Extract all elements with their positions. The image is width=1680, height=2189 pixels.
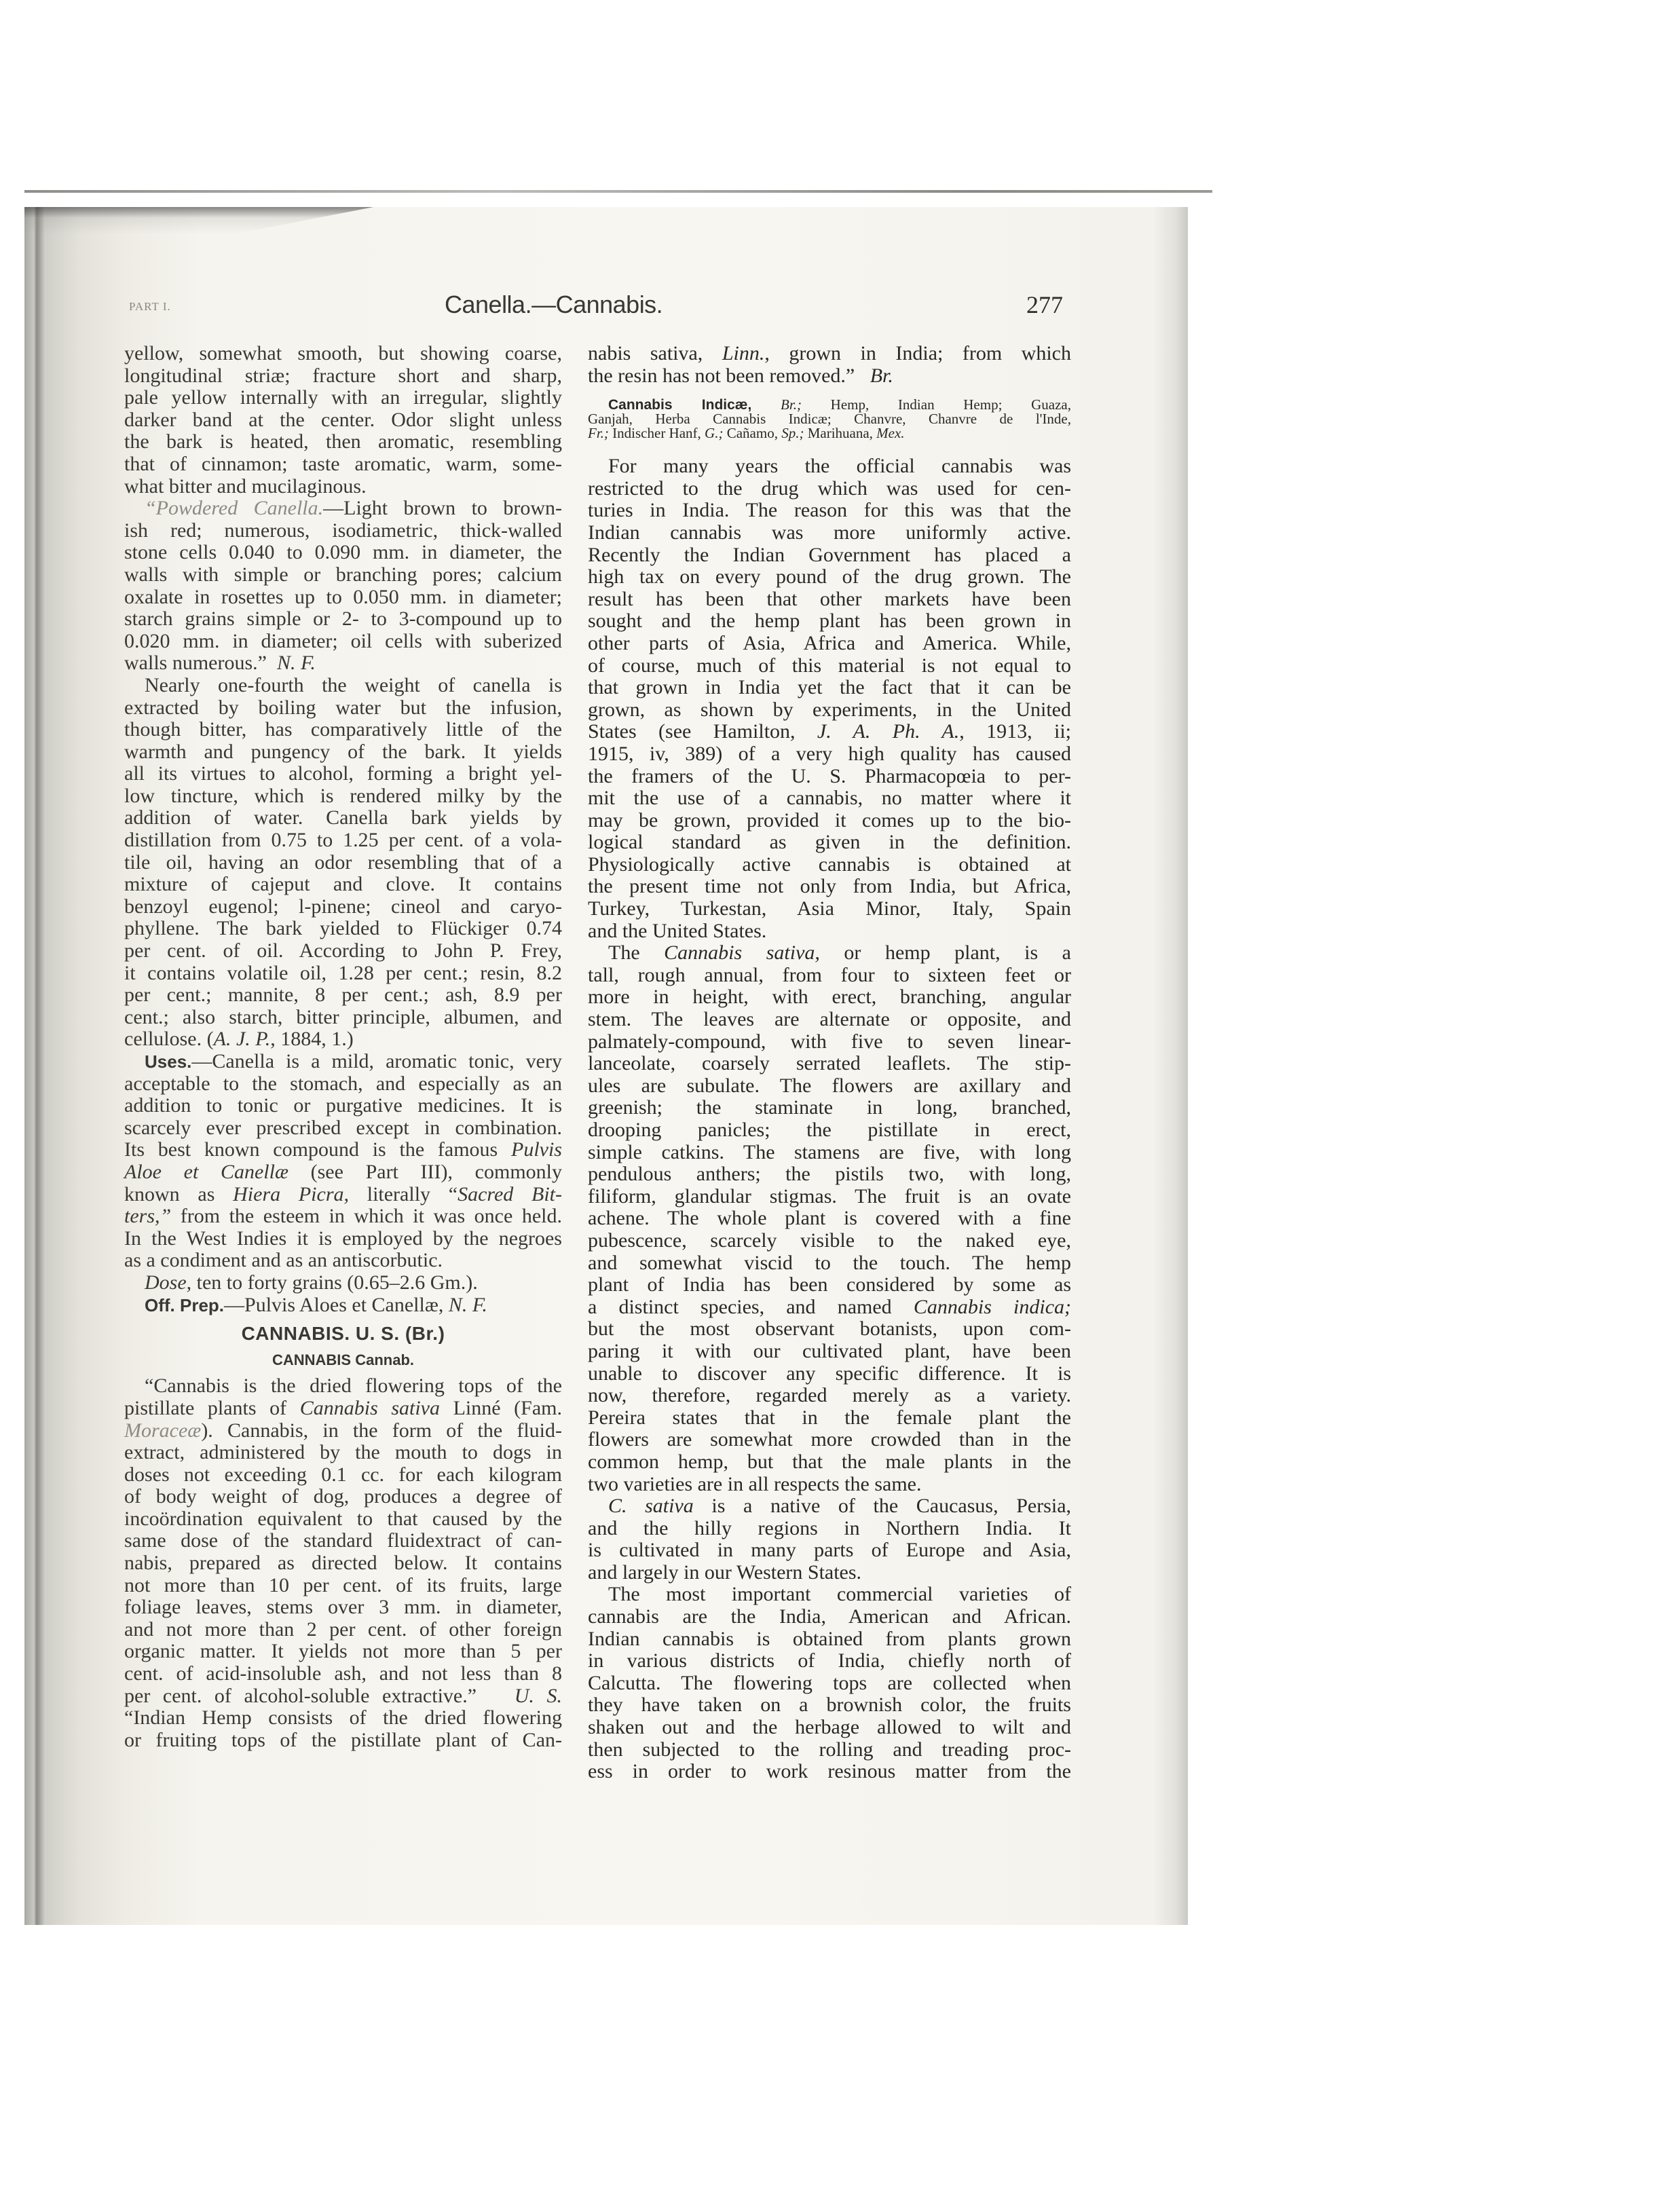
text-run: States (see Hamilton, <box>588 720 817 743</box>
text-line: mixture of cajeput and clove. It contain… <box>124 874 562 896</box>
italic-term: Sacred Bit- <box>458 1183 562 1205</box>
composition-paragraph: Nearly one-fourth the weight of canella … <box>124 675 562 1051</box>
text-line: In the West Indies it is employed by the… <box>124 1228 562 1250</box>
text-line: sought and the hemp plant has been grown… <box>588 610 1071 633</box>
text-line: Pereira states that in the female plant … <box>588 1407 1071 1429</box>
cannabis-heading: CANNABIS. U. S. (Br.) <box>124 1323 562 1345</box>
text-run: (see Part III), commonly <box>288 1161 562 1183</box>
text-line: is cultivated in many parts of Europe an… <box>588 1539 1071 1562</box>
italic-term: Aloe et Canellæ <box>124 1161 288 1183</box>
text-line: as a condiment and as an antiscorbutic. <box>124 1250 562 1272</box>
text-line: Recently the Indian Government has place… <box>588 544 1071 567</box>
text-line: cent. of acid-insoluble ash, and not les… <box>124 1663 562 1685</box>
text-line: of body weight of dog, produces a degree… <box>124 1486 562 1508</box>
text-line: “Indian Hemp consists of the dried flowe… <box>124 1707 562 1729</box>
text-line: paring it with our cultivated plant, hav… <box>588 1341 1071 1363</box>
text-line: The most important commercial varieties … <box>588 1584 1071 1606</box>
text-line: and somewhat viscid to the touch. The he… <box>588 1252 1071 1275</box>
source-citation: Br. <box>870 364 893 387</box>
text-run: known as <box>124 1183 233 1205</box>
text-line: or fruiting tops of the pistillate plant… <box>124 1729 562 1752</box>
commercial-varieties-paragraph: The most important commercial varieties … <box>588 1584 1071 1782</box>
text-line: pistillate plants of Cannabis sativa Lin… <box>124 1398 562 1420</box>
text-line: tall, rough annual, from four to sixteen… <box>588 965 1071 987</box>
text-line: Fr.; Indischer Hanf, G.; Cañamo, Sp.; Ma… <box>588 426 1071 441</box>
text-run: per cent. of alcohol-soluble extractive.… <box>124 1685 477 1707</box>
text-line: nabis, prepared as directed below. It co… <box>124 1552 562 1575</box>
text-line: per cent.; mannite, 8 per cent.; ash, 8.… <box>124 984 562 1007</box>
text-line: more in height, with erect, branching, a… <box>588 986 1071 1009</box>
source-citation: U. S. <box>515 1685 562 1707</box>
text-line: result has been that other markets have … <box>588 588 1071 611</box>
italic-term: G.; <box>705 425 723 441</box>
text-line: For many years the official cannabis was <box>588 455 1071 478</box>
text-line: 0.020 mm. in diameter; oil cells with su… <box>124 631 562 653</box>
text-run: a distinct species, and named <box>588 1296 914 1318</box>
italic-term: Hiera Picra, <box>233 1183 349 1205</box>
text-line: ters,” from the esteem in which it was o… <box>124 1205 562 1228</box>
text-line: though bitter, has comparatively little … <box>124 719 562 741</box>
text-line: achene. The whole plant is covered with … <box>588 1208 1071 1230</box>
text-line: not more than 10 per cent. of its fruits… <box>124 1575 562 1597</box>
text-line: that grown in India yet the fact that it… <box>588 677 1071 699</box>
text-line: 1915, iv, 389) of a very high quality ha… <box>588 743 1071 766</box>
text-line: may be grown, provided it comes up to th… <box>588 810 1071 832</box>
italic-term: Cannabis indica; <box>914 1296 1071 1318</box>
text-line: low tincture, which is rendered milky by… <box>124 785 562 808</box>
text-line: other parts of Asia, Africa and America.… <box>588 633 1071 655</box>
text-line: per cent. of oil. According to John P. F… <box>124 940 562 962</box>
text-line: darker band at the center. Odor slight u… <box>124 409 562 432</box>
text-run: pistillate plants of <box>124 1397 300 1419</box>
text-line: Nearly one-fourth the weight of canella … <box>124 675 562 697</box>
italic-term: Linn. <box>722 342 765 364</box>
text-run: is a native of the Caucasus, Persia, <box>694 1495 1071 1517</box>
text-run: , 1884, 1.) <box>270 1028 354 1050</box>
text-line: nabis sativa, Linn., grown in India; fro… <box>588 343 1071 365</box>
text-line: walls numerous.” N. F. <box>124 652 562 675</box>
off-prep-label: Off. Prep. <box>145 1295 224 1315</box>
text-run: , 1913, ii; <box>959 720 1071 743</box>
text-line: filiform, glandular stigmas. The fruit i… <box>588 1186 1071 1208</box>
cannabis-subheading: CANNABIS Cannab. <box>124 1349 562 1372</box>
text-line: all its virtues to alcohol, forming a br… <box>124 763 562 785</box>
text-run: , grown in India; from which <box>764 342 1071 364</box>
text-line: and largely in our Western States. <box>588 1562 1071 1584</box>
text-line: distillation from 0.75 to 1.25 per cent.… <box>124 829 562 852</box>
text-line: Indian cannabis was more uniformly activ… <box>588 522 1071 544</box>
italic-term: J. A. Ph. A. <box>817 720 959 743</box>
cannabis-definition: “Cannabis is the dried flowering tops of… <box>124 1375 562 1751</box>
text-run: walls numerous.” <box>124 652 267 674</box>
text-line: greenish; the staminate in long, branche… <box>588 1097 1071 1119</box>
text-line: States (see Hamilton, J. A. Ph. A., 1913… <box>588 721 1071 743</box>
left-column: yellow, somewhat smooth, but showing coa… <box>124 343 562 1751</box>
text-line: the resin has not been removed.” Br. <box>588 365 1071 388</box>
text-line: Moraceæ). Cannabis, in the form of the f… <box>124 1420 562 1442</box>
text-line: ish red; numerous, isodiametric, thick-w… <box>124 520 562 542</box>
scan-top-edge <box>24 190 1212 193</box>
page-number: 277 <box>1026 291 1063 319</box>
text-line: a distinct species, and named Cannabis i… <box>588 1296 1071 1319</box>
text-line: C. sativa is a native of the Caucasus, P… <box>588 1495 1071 1518</box>
page-title: Canella.—Cannabis. <box>445 291 662 319</box>
history-paragraph: For many years the official cannabis was… <box>588 455 1071 942</box>
text-line: plant of India has been considered by so… <box>588 1274 1071 1296</box>
text-line: turies in India. The reason for this was… <box>588 500 1071 522</box>
text-line: warmth and pungency of the bark. It yiel… <box>124 741 562 764</box>
text-line: addition to tonic or purgative medicines… <box>124 1095 562 1117</box>
dose-line: Dose, ten to forty grains (0.65–2.6 Gm.)… <box>124 1272 562 1294</box>
dose-label: Dose, <box>145 1271 191 1294</box>
text-line: oxalate in rosettes up to 0.050 mm. in d… <box>124 586 562 609</box>
italic-term: ters,” <box>124 1205 171 1227</box>
text-line: in various districts of India, chiefly n… <box>588 1650 1071 1672</box>
text-line: pubescence, scarcely visible to the nake… <box>588 1230 1071 1252</box>
plant-description: The Cannabis sativa, or hemp plant, is a… <box>588 942 1071 1495</box>
text-run: —Canella is a mild, aromatic tonic, very <box>191 1050 562 1072</box>
text-line: unable to discover any specific differen… <box>588 1363 1071 1385</box>
text-run: ten to forty grains (0.65–2.6 Gm.). <box>191 1271 478 1294</box>
italic-term: Cannabis sativa <box>300 1397 440 1419</box>
text-line: pendulous anthers; the pistils two, with… <box>588 1163 1071 1186</box>
text-line: now, therefore, regarded merely as a var… <box>588 1385 1071 1407</box>
text-run: Linné (Fam. <box>440 1397 562 1419</box>
part-label: PART I. <box>129 300 171 314</box>
italic-term: Sp.; <box>781 425 804 441</box>
text-line: cannabis are the India, American and Afr… <box>588 1606 1071 1628</box>
text-line: Indian cannabis is obtained from plants … <box>588 1628 1071 1651</box>
text-line: they have taken on a brownish color, the… <box>588 1694 1071 1717</box>
text-line: scarcely ever prescribed except in combi… <box>124 1117 562 1140</box>
text-line: Calcutta. The flowering tops are collect… <box>588 1672 1071 1695</box>
text-run: cellulose. ( <box>124 1028 214 1050</box>
text-line: stem. The leaves are alternate or opposi… <box>588 1009 1071 1031</box>
text-line: incoördination equivalent to that caused… <box>124 1508 562 1531</box>
text-run: nabis sativa, <box>588 342 722 364</box>
text-line: mit the use of a cannabis, no matter whe… <box>588 787 1071 810</box>
text-line: organic matter. It yields not more than … <box>124 1641 562 1663</box>
text-line: Turkey, Turkestan, Asia Minor, Italy, Sp… <box>588 898 1071 920</box>
powdered-canella-label: “Powdered Canella. <box>145 497 323 519</box>
text-line: ules are subulate. The flowers are axill… <box>588 1075 1071 1098</box>
text-line: the present time not only from India, bu… <box>588 876 1071 898</box>
text-line: common hemp, but that the male plants in… <box>588 1451 1071 1474</box>
text-line: drooping panicles; the pistillate in ere… <box>588 1119 1071 1142</box>
text-line: cellulose. (A. J. P., 1884, 1.) <box>124 1028 562 1051</box>
text-line: The Cannabis sativa, or hemp plant, is a <box>588 942 1071 965</box>
text-line: Physiologically active cannabis is obtai… <box>588 854 1071 876</box>
text-line: doses not exceeding 0.1 cc. for each kil… <box>124 1464 562 1486</box>
text-run: from the esteem in which it was once hel… <box>171 1205 562 1227</box>
text-line: what bitter and mucilaginous. <box>124 476 562 498</box>
text-line: palmately-compound, with five to seven l… <box>588 1031 1071 1053</box>
text-line: Its best known compound is the famous Pu… <box>124 1139 562 1161</box>
text-line: phyllene. The bark yielded to Flückiger … <box>124 918 562 940</box>
text-line: same dose of the standard fluidextract o… <box>124 1530 562 1552</box>
italic-term: Cannabis sativa, <box>664 941 820 964</box>
text-run: —Light brown to brown- <box>323 497 562 519</box>
text-line: that of cinnamon; taste aromatic, warm, … <box>124 453 562 476</box>
text-line: stone cells 0.040 to 0.090 mm. in diamet… <box>124 542 562 564</box>
right-column: nabis sativa, Linn., grown in India; fro… <box>588 343 1071 1783</box>
text-line: tile oil, having an odor resembling that… <box>124 852 562 874</box>
italic-term: Pulvis <box>511 1138 562 1161</box>
text-line: logical standard as given in the definit… <box>588 831 1071 854</box>
text-line: ess in order to work resinous matter fro… <box>588 1761 1071 1783</box>
uses-paragraph: Uses.—Canella is a mild, aromatic tonic,… <box>124 1051 562 1272</box>
text-run: Indischer Hanf, <box>609 425 705 441</box>
text-run: Its best known compound is the famous <box>124 1138 511 1161</box>
text-line: “Cannabis is the dried flowering tops of… <box>124 1375 562 1398</box>
text-line: acceptable to the stomach, and especiall… <box>124 1073 562 1096</box>
text-line: and not more than 2 per cent. of other f… <box>124 1619 562 1641</box>
text-line: addition of water. Canella bark yields b… <box>124 807 562 829</box>
italic-term: Mex. <box>876 425 904 441</box>
text-line: restricted to the drug which was used fo… <box>588 478 1071 500</box>
official-preparations-line: Off. Prep.—Pulvis Aloes et Canellæ, N. F… <box>124 1294 562 1317</box>
synonyms-block: Cannabis Indicæ, Br.; Hemp, Indian Hemp;… <box>588 398 1071 441</box>
text-run: literally “ <box>349 1183 458 1205</box>
text-run: The <box>608 941 664 964</box>
text-line: grown, as shown by experiments, in the U… <box>588 699 1071 722</box>
text-line: then subjected to the rolling and treadi… <box>588 1739 1071 1761</box>
italic-term: Fr.; <box>588 425 609 441</box>
citation: A. J. P. <box>214 1028 271 1050</box>
text-line: the bark is heated, then aromatic, resem… <box>124 431 562 453</box>
running-head: PART I. Canella.—Cannabis. 277 <box>0 291 1680 324</box>
text-line: two varieties are in all respects the sa… <box>588 1474 1071 1496</box>
text-line: it contains volatile oil, 1.28 per cent.… <box>124 962 562 985</box>
text-line: simple catkins. The stamens are five, wi… <box>588 1142 1071 1164</box>
uses-label: Uses. <box>145 1051 191 1072</box>
text-line: but the most observant botanists, upon c… <box>588 1318 1071 1341</box>
text-run: ). Cannabis, in the form of the fluid- <box>201 1419 562 1442</box>
text-line: walls with simple or branching pores; ca… <box>124 564 562 586</box>
text-line: per cent. of alcohol-soluble extractive.… <box>124 1685 562 1708</box>
text-line: high tax on every pound of the drug grow… <box>588 566 1071 588</box>
text-line: flowers are somewhat more crowded than i… <box>588 1429 1071 1451</box>
canella-description: yellow, somewhat smooth, but showing coa… <box>124 343 562 498</box>
text-line: known as Hiera Picra, literally “Sacred … <box>124 1184 562 1206</box>
text-line: benzoyl eugenol; l-pinene; cineol and ca… <box>124 896 562 918</box>
text-line: extracted by boiling water but the infus… <box>124 697 562 719</box>
text-line: “Powdered Canella.—Light brown to brown- <box>124 498 562 520</box>
italic-term: Moraceæ <box>124 1419 201 1442</box>
text-line: cent.; also starch, bitter principle, al… <box>124 1007 562 1029</box>
text-line: yellow, somewhat smooth, but showing coa… <box>124 343 562 365</box>
text-line: shaken out and the herbage allowed to wi… <box>588 1717 1071 1739</box>
text-run: or hemp plant, is a <box>820 941 1071 964</box>
text-line: Cannabis Indicæ, Br.; Hemp, Indian Hemp;… <box>588 398 1071 412</box>
text-line: foliage leaves, stems over 3 mm. in diam… <box>124 1596 562 1619</box>
text-line: Uses.—Canella is a mild, aromatic tonic,… <box>124 1051 562 1073</box>
powdered-canella: “Powdered Canella.—Light brown to brown-… <box>124 498 562 675</box>
text-run: Cañamo, <box>723 425 781 441</box>
text-line: and the United States. <box>588 920 1071 943</box>
text-line: longitudinal striæ; fracture short and s… <box>124 365 562 388</box>
text-run: the resin has not been removed.” <box>588 364 855 387</box>
native-range-paragraph: C. sativa is a native of the Caucasus, P… <box>588 1495 1071 1584</box>
italic-term: C. sativa <box>608 1495 694 1517</box>
text-line: of course, much of this material is not … <box>588 655 1071 677</box>
text-line: starch grains simple or 2- to 3-compound… <box>124 608 562 631</box>
source-citation: N. F. <box>449 1294 487 1316</box>
text-line: Aloe et Canellæ (see Part III), commonly <box>124 1161 562 1184</box>
text-line: lanceolate, coarsely serrated leaflets. … <box>588 1053 1071 1075</box>
text-line: and the hilly regions in Northern India.… <box>588 1518 1071 1540</box>
source-citation: N. F. <box>277 652 316 674</box>
text-run: Marihuana, <box>804 425 876 441</box>
text-line: Ganjah, Herba Cannabis Indicæ; Chanvre, … <box>588 412 1071 426</box>
text-line: extract, administered by the mouth to do… <box>124 1442 562 1464</box>
text-line: pale yellow internally with an irregular… <box>124 387 562 409</box>
text-run: —Pulvis Aloes et Canellæ, <box>224 1294 449 1316</box>
text-line: the framers of the U. S. Pharmacopœia to… <box>588 766 1071 788</box>
